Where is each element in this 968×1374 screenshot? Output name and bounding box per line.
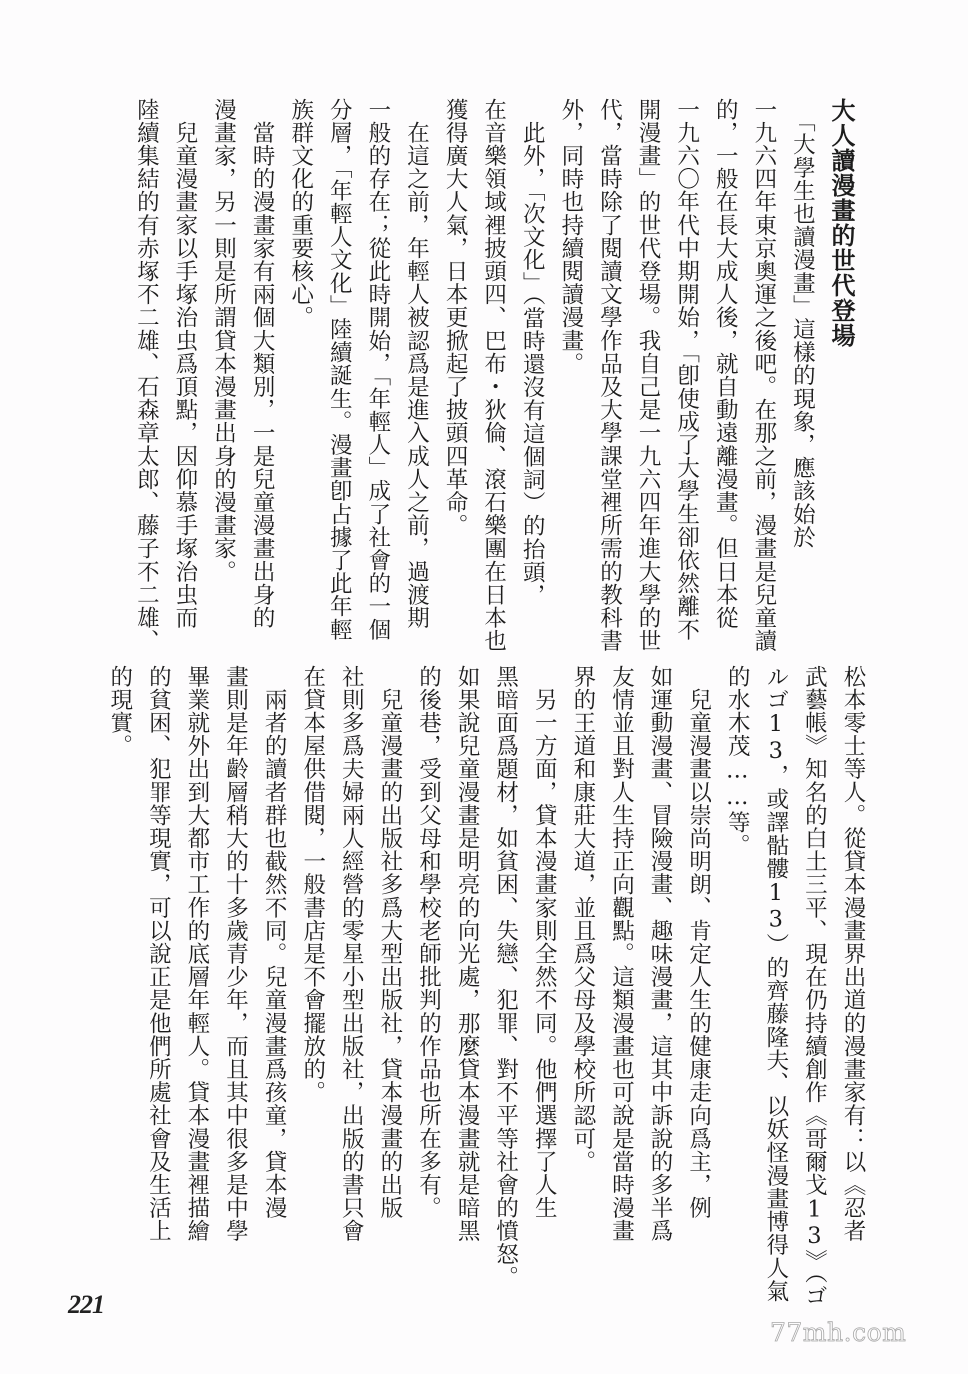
text-column: 此外，「次文化」（當時還沒有這個詞）的抬頭， (513, 98, 552, 638)
text-column: 另一方面，貸本漫畫家則全然不同。他們選擇了人生 (525, 665, 564, 1205)
text-column: ルゴ13，或譯骷髏13）的齊藤隆夫、以妖怪漫畫博得人氣 (756, 665, 795, 1205)
text-column: 在貸本屋供借閱，一般書店是不會擺放的。 (293, 665, 332, 1205)
text-column: 當時的漫畫家有兩個大類別，一是兒童漫畫出身的 (243, 98, 282, 638)
text-column: 兒童漫畫的出版社多爲大型出版社，貸本漫畫的出版 (370, 665, 409, 1205)
text-column: 外，同時也持續閱讀漫畫。 (551, 98, 590, 638)
text-column: 畫則是年齡層稍大的十多歲青少年，而且其中很多是中學 (216, 665, 255, 1205)
text-column: 的現實。 (100, 665, 139, 1205)
text-column: 一九六〇年代中期開始，「卽使成了大學生卻依然離不 (667, 98, 706, 638)
text-column: 的，一般在長大成人後，就自動遠離漫畫。但日本從 (706, 98, 745, 638)
text-column: 漫畫家，另一則是所謂貸本漫畫出身的漫畫家。 (204, 98, 243, 638)
text-column: 界的王道和康莊大道，並且爲父母及學校所認可。 (563, 665, 602, 1205)
text-column: 的水木茂……等。 (718, 665, 757, 1205)
text-column: 「大學生也讀漫畫」這樣的現象，應該始於 (783, 98, 822, 638)
text-column: 陸續集結的有赤塚不二雄、石森章太郎、藤子不二雄、 (127, 98, 166, 638)
text-column: 的後巷，受到父母和學校老師批判的作品也所在多有。 (409, 665, 448, 1205)
section-heading: 大人讀漫畫的世代登場 (821, 98, 860, 638)
text-column: 如果說兒童漫畫是明亮的向光處，那麼貸本漫畫就是暗黑 (447, 665, 486, 1205)
text-column: 畢業就外出到大都市工作的底層年輕人。貸本漫畫裡描繪 (177, 665, 216, 1205)
text-column: 族群文化的重要核心。 (281, 98, 320, 638)
text-column: 在這之前，年輕人被認爲是進入成人之前，過渡期 (397, 98, 436, 638)
page-number: 221 (68, 1290, 104, 1320)
text-column: 一般的存在；從此時開始，「年輕人」成了社會的一個 (358, 98, 397, 638)
watermark: 77mh.com (770, 1318, 906, 1347)
text-column: 武藝帳》知名的白土三平、現在仍持續創作《哥爾戈13》（ゴ (795, 665, 834, 1205)
text-column: 友情並且對人生持正向觀點。這類漫畫也可說是當時漫畫 (602, 665, 641, 1205)
text-column: 兩者的讀者群也截然不同。兒童漫畫爲孩童，貸本漫 (255, 665, 294, 1205)
text-column: 獲得廣大人氣，日本更掀起了披頭四革命。 (435, 98, 474, 638)
text-column: 兒童漫畫以崇尚明朗、肯定人生的健康走向爲主，例 (679, 665, 718, 1205)
text-column: 代，當時除了閱讀文學作品及大學課堂裡所需的教科書 (590, 98, 629, 638)
text-column: 在音樂領域裡披頭四、巴布・狄倫、滾石樂團在日本也 (474, 98, 513, 638)
text-column: 分層，「年輕人文化」陸續誕生。漫畫卽占據了此年輕 (320, 98, 359, 638)
text-column: 的貧困、犯罪等現實，可以說正是他們所處社會及生活上 (139, 665, 178, 1205)
text-column: 松本零士等人。從貸本漫畫界出道的漫畫家有：以《忍者 (833, 665, 872, 1205)
text-column: 黑暗面爲題材，如貧困、失戀、犯罪、對不平等社會的憤怒。 (486, 665, 525, 1205)
text-column: 社則多爲夫婦兩人經營的零星小型出版社，出版的書只會 (332, 665, 371, 1205)
bottom-text-block: 松本零士等人。從貸本漫畫界出道的漫畫家有：以《忍者 武藝帳》知名的白土三平、現在… (100, 665, 872, 1205)
text-column: 如運動漫畫、冒險漫畫、趣味漫畫，這其中訴說的多半爲 (640, 665, 679, 1205)
text-column: 開漫畫」的世代登場。我自己是一九六四年進大學的世 (628, 98, 667, 638)
top-text-block: 大人讀漫畫的世代登場 「大學生也讀漫畫」這樣的現象，應該始於 一九六四年東京奧運… (127, 98, 860, 638)
text-column: 一九六四年東京奧運之後吧。在那之前，漫畫是兒童讀 (744, 98, 783, 638)
text-column: 兒童漫畫家以手塚治虫爲頂點，因仰慕手塚治虫而 (165, 98, 204, 638)
